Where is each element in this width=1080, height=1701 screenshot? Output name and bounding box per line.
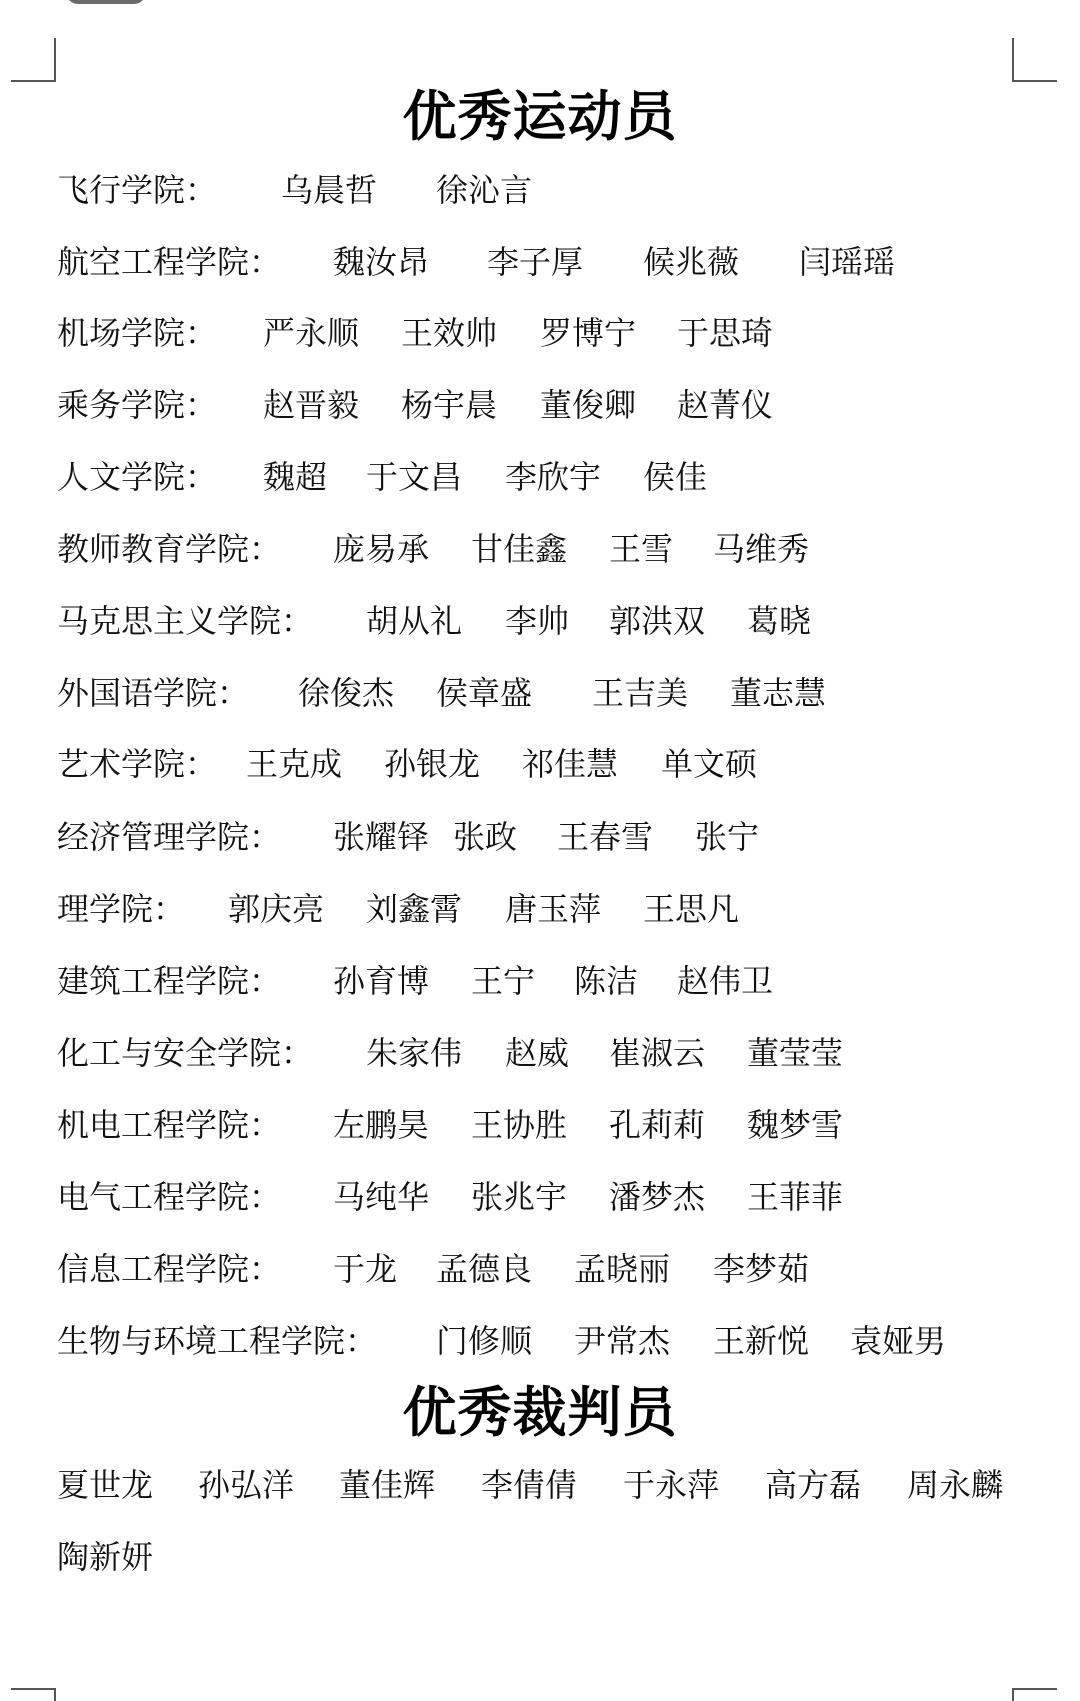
athlete-name: 王春雪 (557, 815, 653, 859)
college-label: 艺术学院： (57, 742, 217, 786)
referees-row-2: 陶新妍 (0, 1535, 1080, 1579)
athlete-name: 郭庆亮 (228, 887, 324, 931)
athlete-name: 董俊卿 (540, 383, 636, 427)
athlete-name: 陈洁 (574, 959, 638, 1003)
college-row: 经济管理学院：张耀铎张政王春雪张宁 (0, 815, 1080, 859)
athlete-name: 魏汝昂 (333, 240, 429, 284)
college-row: 飞行学院：乌晨哲徐沁言 (0, 168, 1080, 212)
college-label: 人文学院： (57, 455, 217, 499)
athlete-name: 唐玉萍 (505, 887, 601, 931)
athlete-name: 于龙 (333, 1247, 397, 1291)
athlete-name: 孔莉莉 (609, 1103, 705, 1147)
athlete-name: 严永顺 (263, 311, 359, 355)
athlete-name: 杨宇晨 (401, 383, 497, 427)
college-label: 航空工程学院： (57, 240, 281, 284)
athlete-name: 董志慧 (730, 671, 826, 715)
referee-name: 高方磊 (765, 1463, 861, 1507)
college-row: 机场学院：严永顺王效帅罗博宁于思琦 (0, 311, 1080, 355)
athlete-name: 于文昌 (366, 455, 462, 499)
college-label: 机场学院： (57, 311, 217, 355)
athlete-name: 罗博宁 (540, 311, 636, 355)
athlete-name: 王宁 (471, 959, 535, 1003)
athlete-name: 马维秀 (713, 527, 809, 571)
college-label: 乘务学院： (57, 383, 217, 427)
athlete-name: 王克成 (246, 742, 342, 786)
athlete-name: 张兆宇 (471, 1175, 567, 1219)
athlete-name: 李梦茹 (713, 1247, 809, 1291)
college-label: 生物与环境工程学院： (57, 1319, 377, 1363)
athlete-name: 徐沁言 (436, 168, 532, 212)
college-label: 飞行学院： (57, 168, 217, 212)
athlete-name: 于思琦 (677, 311, 773, 355)
college-label: 机电工程学院： (57, 1103, 281, 1147)
referee-name: 董佳辉 (339, 1463, 435, 1507)
athlete-name: 胡从礼 (366, 599, 462, 643)
athlete-name: 马纯华 (333, 1175, 429, 1219)
athlete-name: 孙育博 (333, 959, 429, 1003)
athlete-name: 乌晨哲 (281, 168, 377, 212)
college-row: 信息工程学院：于龙孟德良孟晓丽李梦茹 (0, 1247, 1080, 1291)
crop-mark-bottom-left-h (11, 1688, 56, 1690)
athlete-name: 赵晋毅 (263, 383, 359, 427)
athlete-name: 魏梦雪 (747, 1103, 843, 1147)
athlete-name: 赵伟卫 (677, 959, 773, 1003)
athlete-name: 葛晓 (747, 599, 811, 643)
athlete-name: 朱家伟 (366, 1031, 462, 1075)
crop-mark-bottom-right-v (1012, 1688, 1014, 1701)
referee-name: 李倩倩 (481, 1463, 577, 1507)
athlete-name: 左鹏昊 (333, 1103, 429, 1147)
athlete-name: 侯佳 (643, 455, 707, 499)
college-label: 马克思主义学院： (57, 599, 313, 643)
referee-name: 孙弘洋 (198, 1463, 294, 1507)
athlete-name: 祁佳慧 (522, 742, 618, 786)
referee-name: 周永麟 (907, 1463, 1003, 1507)
college-row: 外国语学院：徐俊杰侯章盛王吉美董志慧 (0, 671, 1080, 715)
college-label: 建筑工程学院： (57, 959, 281, 1003)
athlete-name: 门修顺 (436, 1319, 532, 1363)
athlete-name: 崔淑云 (609, 1031, 705, 1075)
athlete-name: 王思凡 (643, 887, 739, 931)
athlete-name: 李帅 (505, 599, 569, 643)
college-label: 理学院： (57, 887, 185, 931)
athlete-name: 刘鑫霄 (366, 887, 462, 931)
referee-name: 于永萍 (623, 1463, 719, 1507)
college-row: 航空工程学院：魏汝昂李子厚候兆薇闫瑶瑶 (0, 240, 1080, 284)
college-row: 人文学院：魏超于文昌李欣宇侯佳 (0, 455, 1080, 499)
athlete-name: 魏超 (263, 455, 327, 499)
athlete-name: 郭洪双 (609, 599, 705, 643)
crop-mark-bottom-left-v (54, 1688, 56, 1701)
athlete-name: 王菲菲 (747, 1175, 843, 1219)
athlete-name: 王吉美 (592, 671, 688, 715)
college-label: 电气工程学院： (57, 1175, 281, 1219)
athlete-name: 庞易承 (333, 527, 429, 571)
referees-title: 优秀裁判员 (0, 1383, 1080, 1443)
college-label: 化工与安全学院： (57, 1031, 313, 1075)
crop-mark-top-right-h (1012, 80, 1057, 82)
college-row: 生物与环境工程学院：门修顺尹常杰王新悦袁娅男 (0, 1319, 1080, 1363)
athlete-name: 闫瑶瑶 (799, 240, 895, 284)
college-row: 马克思主义学院：胡从礼李帅郭洪双葛晓 (0, 599, 1080, 643)
crop-mark-top-right-v (1012, 38, 1014, 82)
referee-name: 陶新妍 (57, 1535, 153, 1579)
college-row: 理学院：郭庆亮刘鑫霄唐玉萍王思凡 (0, 887, 1080, 931)
scroll-indicator[interactable] (66, 0, 146, 4)
college-row: 建筑工程学院：孙育博王宁陈洁赵伟卫 (0, 959, 1080, 1003)
athlete-name: 张政 (453, 815, 517, 859)
college-row: 乘务学院：赵晋毅杨宇晨董俊卿赵菁仪 (0, 383, 1080, 427)
crop-mark-bottom-right-h (1012, 1688, 1057, 1690)
athlete-name: 李欣宇 (505, 455, 601, 499)
athlete-name: 张宁 (695, 815, 759, 859)
college-row: 艺术学院：王克成孙银龙祁佳慧单文硕 (0, 742, 1080, 786)
athlete-name: 侯章盛 (436, 671, 532, 715)
athlete-name: 孟晓丽 (574, 1247, 670, 1291)
athlete-name: 王新悦 (713, 1319, 809, 1363)
crop-mark-top-left-h (11, 80, 56, 82)
athlete-name: 赵威 (505, 1031, 569, 1075)
referee-name: 夏世龙 (57, 1463, 153, 1507)
athlete-name: 袁娅男 (850, 1319, 946, 1363)
athlete-name: 董莹莹 (747, 1031, 843, 1075)
athlete-name: 赵菁仪 (677, 383, 773, 427)
athlete-name: 李子厚 (487, 240, 583, 284)
athlete-name: 王雪 (609, 527, 673, 571)
college-row: 教师教育学院：庞易承甘佳鑫王雪马维秀 (0, 527, 1080, 571)
athlete-name: 王效帅 (401, 311, 497, 355)
athlete-name: 王协胜 (471, 1103, 567, 1147)
athlete-name: 徐俊杰 (298, 671, 394, 715)
college-label: 信息工程学院： (57, 1247, 281, 1291)
athlete-name: 潘梦杰 (609, 1175, 705, 1219)
college-label: 经济管理学院： (57, 815, 281, 859)
athlete-name: 候兆薇 (643, 240, 739, 284)
athlete-name: 张耀铎 (333, 815, 429, 859)
referees-row-1: 夏世龙 孙弘洋 董佳辉 李倩倩 于永萍 高方磊 周永麟 (0, 1463, 1080, 1507)
college-row: 电气工程学院：马纯华张兆宇潘梦杰王菲菲 (0, 1175, 1080, 1219)
college-row: 化工与安全学院：朱家伟赵威崔淑云董莹莹 (0, 1031, 1080, 1075)
crop-mark-top-left-v (54, 38, 56, 82)
college-row: 机电工程学院：左鹏昊王协胜孔莉莉魏梦雪 (0, 1103, 1080, 1147)
college-label: 外国语学院： (57, 671, 249, 715)
athletes-title: 优秀运动员 (0, 87, 1080, 147)
athlete-name: 孟德良 (436, 1247, 532, 1291)
athlete-name: 尹常杰 (574, 1319, 670, 1363)
athlete-name: 单文硕 (661, 742, 757, 786)
athlete-name: 孙银龙 (384, 742, 480, 786)
college-label: 教师教育学院： (57, 527, 281, 571)
athlete-name: 甘佳鑫 (471, 527, 567, 571)
